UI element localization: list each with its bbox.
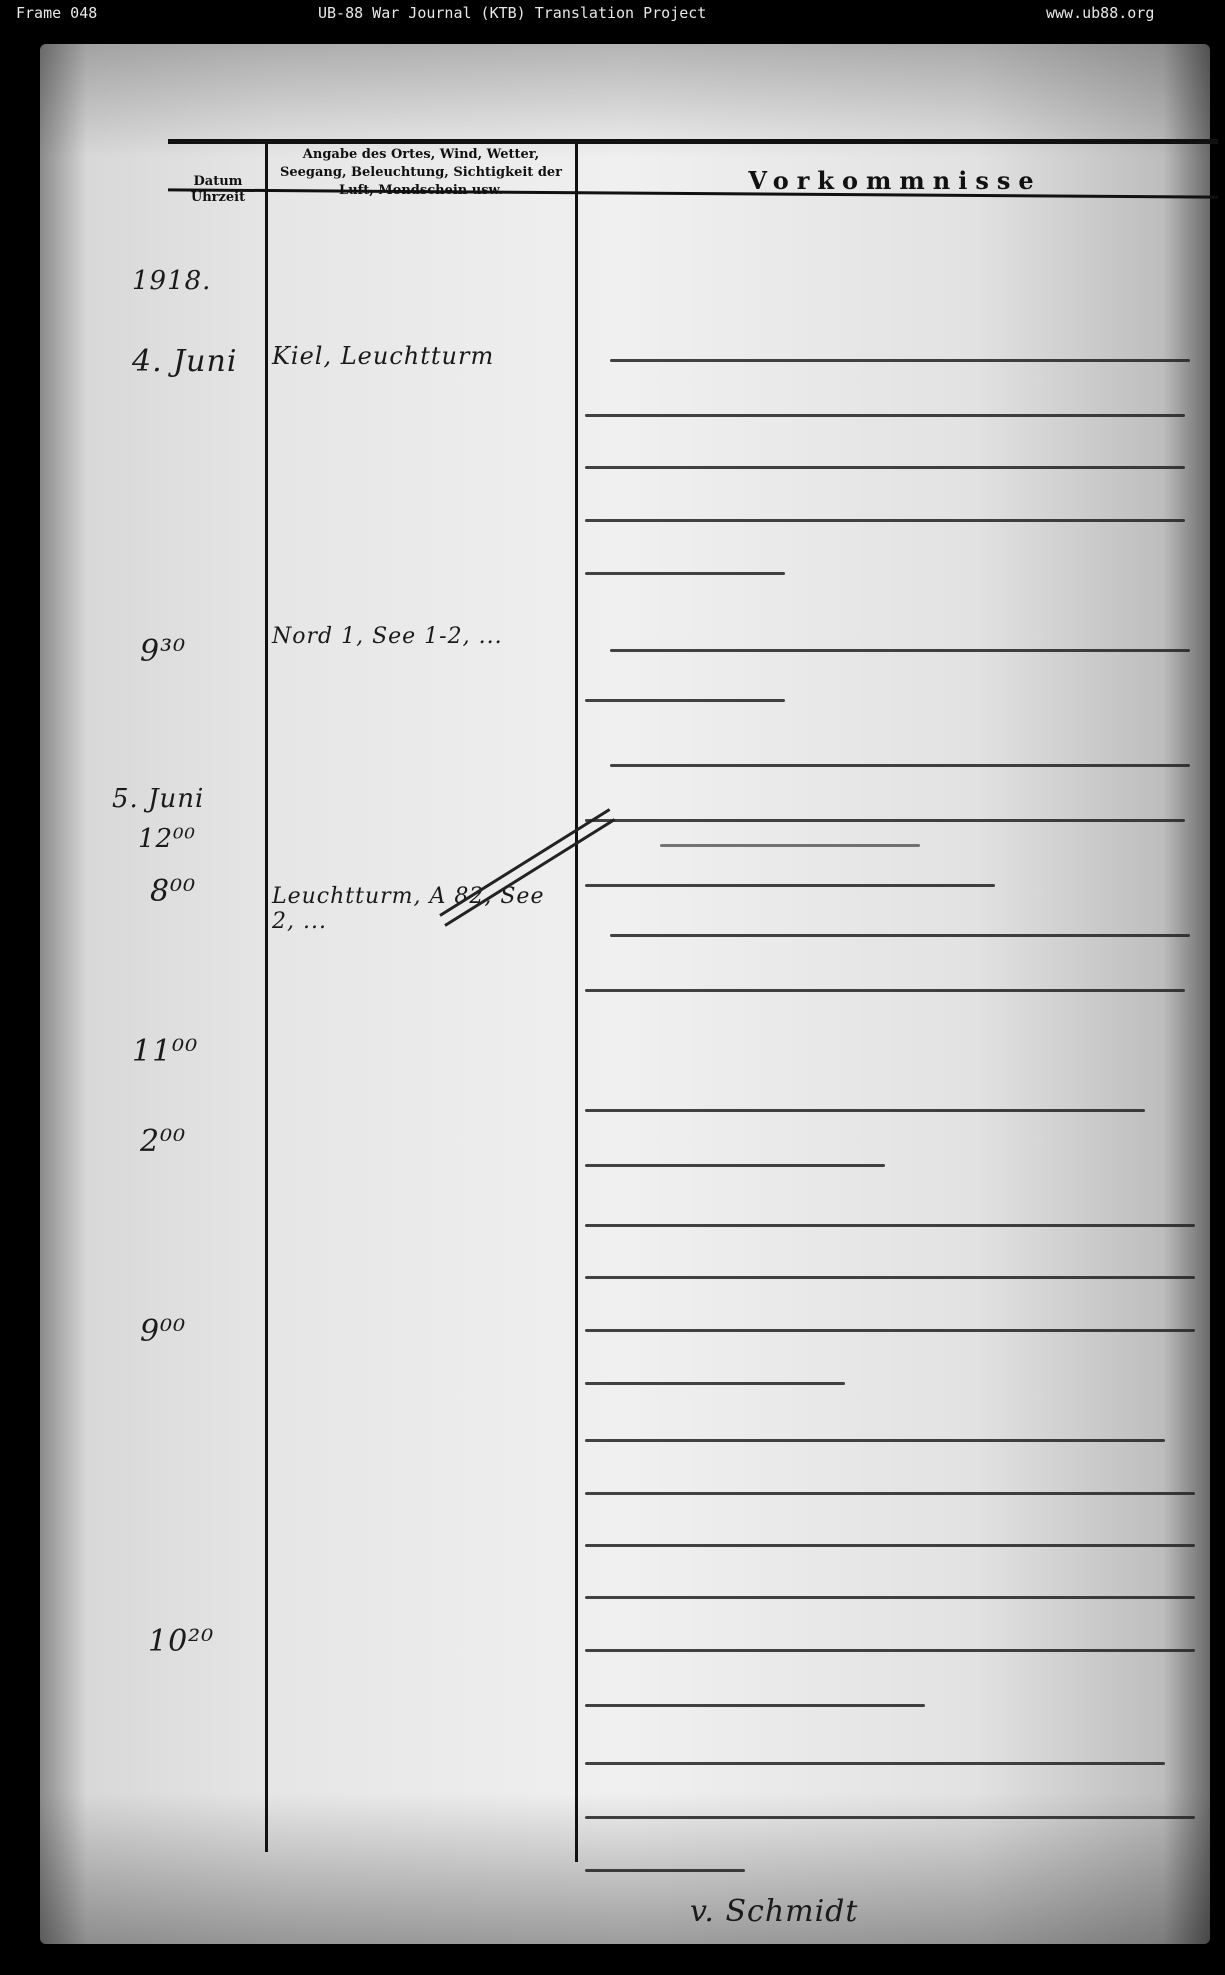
- entry-time: 4. Juni: [132, 344, 237, 379]
- entry-time: 11⁰⁰: [132, 1034, 198, 1069]
- entry-time: 9⁰⁰: [140, 1314, 186, 1349]
- journal-page: Datum Uhrzeit Angabe des Ortes, Wind, We…: [40, 44, 1210, 1944]
- column-rule-1: [265, 142, 268, 1852]
- signature: v. Schmidt: [690, 1894, 858, 1929]
- header-top-rule: [168, 139, 1218, 144]
- entry-year: 1918.: [132, 266, 211, 296]
- frame-label: Frame 048: [16, 0, 97, 26]
- entry-time: 12⁰⁰: [138, 824, 196, 854]
- place-entry: Leuchtturm, A 82, See 2, ...: [272, 884, 572, 934]
- column-rule-2: [575, 142, 578, 1862]
- header-vorkommnisse: Vorkommnisse: [580, 166, 1210, 195]
- place-entry: Kiel, Leuchtturm: [272, 342, 494, 370]
- header-datum: Datum Uhrzeit: [178, 174, 258, 206]
- entry-time: 10²⁰: [148, 1624, 214, 1659]
- website-link[interactable]: www.ub88.org: [1046, 0, 1154, 26]
- project-title: UB-88 War Journal (KTB) Translation Proj…: [318, 0, 706, 26]
- caption-bar: Frame 048 UB-88 War Journal (KTB) Transl…: [0, 0, 1225, 26]
- entry-time: 8⁰⁰: [150, 874, 196, 909]
- entry-time: 5. Juni: [112, 784, 204, 814]
- place-entry: Nord 1, See 1-2, ...: [272, 624, 572, 649]
- entry-time: 2⁰⁰: [140, 1124, 186, 1159]
- header-place-weather: Angabe des Ortes, Wind, Wetter, Seegang,…: [272, 146, 570, 200]
- entry-time: 9³⁰: [140, 634, 186, 669]
